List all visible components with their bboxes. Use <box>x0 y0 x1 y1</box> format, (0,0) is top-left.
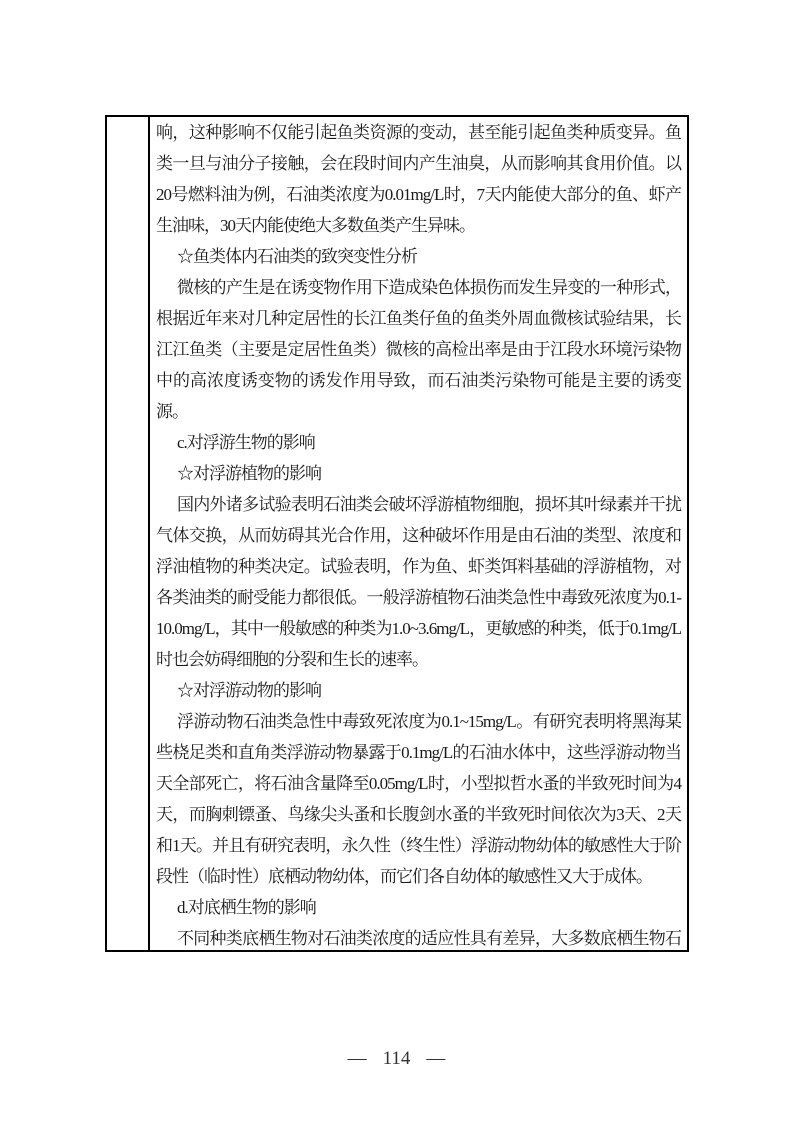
paragraph: 响，这种影响不仅能引起鱼类资源的变动，甚至能引起鱼类种质变异。鱼类一旦与油分子接… <box>156 117 681 241</box>
paragraph: d.对底栖生物的影响 <box>156 892 681 923</box>
paragraph: 不同种类底栖生物对石油类浓度的适应性具有差异，大多数底栖生物石油类急性中毒致死浓… <box>156 923 681 950</box>
paragraph: 国内外诸多试验表明石油类会破坏浮游植物细胞，损坏其叶绿素并干扰气体交换，从而妨碍… <box>156 489 681 675</box>
table-content-cell: 响，这种影响不仅能引起鱼类资源的变动，甚至能引起鱼类种质变异。鱼类一旦与油分子接… <box>150 117 687 950</box>
page-number-right-dash: — <box>426 1048 445 1070</box>
page-number-value: 114 <box>383 1048 411 1070</box>
paragraph: ☆鱼类体内石油类的致突变性分析 <box>156 241 681 272</box>
paragraph: ☆对浮游植物的影响 <box>156 458 681 489</box>
paragraph: ☆对浮游动物的影响 <box>156 675 681 706</box>
page-number: — 114 — <box>0 1048 793 1070</box>
document-page: 响，这种影响不仅能引起鱼类资源的变动，甚至能引起鱼类种质变异。鱼类一旦与油分子接… <box>0 0 793 1122</box>
page-number-left-dash: — <box>348 1048 367 1070</box>
paragraph: 微核的产生是在诱变物作用下造成染色体损伤而发生异变的一种形式，根据近年来对几种定… <box>156 272 681 427</box>
paragraph: c.对浮游生物的影响 <box>156 427 681 458</box>
table-stub-column <box>107 117 150 950</box>
report-table: 响，这种影响不仅能引起鱼类资源的变动，甚至能引起鱼类种质变异。鱼类一旦与油分子接… <box>105 115 689 952</box>
paragraph: 浮游动物石油类急性中毒致死浓度为0.1~15mg/L。有研究表明将黑海某些桡足类… <box>156 706 681 892</box>
